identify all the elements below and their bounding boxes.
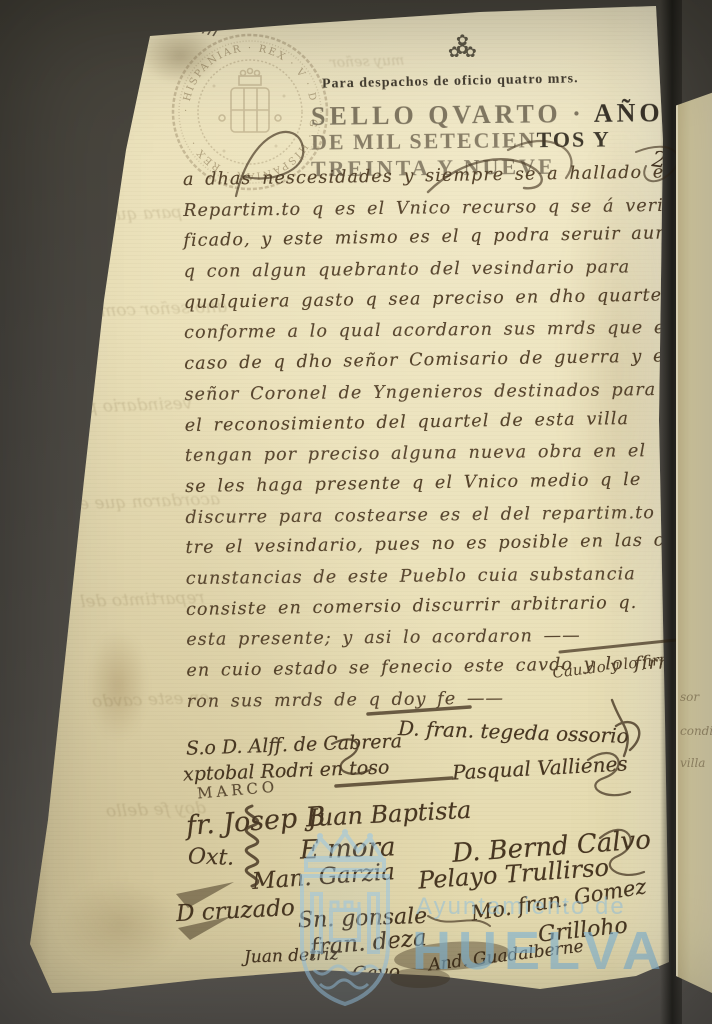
- adjacent-folio-text: villa: [680, 756, 705, 770]
- paper-stain: [60, 880, 180, 970]
- ghost-writing: vesindario para: [58, 394, 193, 419]
- signature: Juan detriz: [244, 944, 339, 967]
- ghost-writing: muy señor: [330, 53, 405, 72]
- adjacent-folio-text: condi: [680, 724, 712, 738]
- adjacent-folio-edge: sor condi villa: [676, 92, 712, 994]
- sello-line-1-dark: AÑO: [594, 98, 664, 128]
- signature: Pasqual Vallienes: [451, 751, 628, 784]
- manuscript-body: a dhas nescesidades y siempre se a halla…: [183, 166, 698, 722]
- signature: D. fran. tegeda ossorio: [398, 716, 629, 748]
- paper-stain: [88, 630, 148, 740]
- svg-text:· HISPANIAR · REX · V · D · G: · HISPANIAR · REX · V · D · G · HISPANIA…: [181, 43, 319, 181]
- tax-rate-line: Para despachos de oficio quatro mrs.: [322, 71, 579, 92]
- sello-line-2-light: DE MIL SETECIEN: [311, 127, 537, 154]
- signature: Cavo: [351, 961, 400, 985]
- paper-sheet: para que su mrd dho señor comisario vesi…: [0, 0, 712, 1024]
- sello-line-2: DE MIL SETECIENTOS Y: [311, 126, 611, 155]
- manuscript-photo: para que su mrd dho señor comisario vesi…: [0, 0, 712, 1024]
- signature: S.o D. Alff. de Cabrera: [186, 730, 403, 760]
- signature: xptobal Rodri en toso: [183, 756, 390, 785]
- seal-legend: · HISPANIAR · REX · V · D · G · HISPANIA…: [181, 43, 319, 181]
- printer-ornament-icon: ✿: [456, 40, 469, 58]
- signature: And. Guadalberne: [427, 937, 584, 976]
- sello-line-2-dark: TOS Y: [536, 126, 610, 152]
- signature: Oxt.: [188, 844, 235, 871]
- manuscript-line: caso de q dho señor Comisario de guerra …: [184, 346, 696, 385]
- adjacent-folio-text: sor: [680, 690, 699, 704]
- signature: D cruzado: [175, 895, 295, 927]
- ghost-writing: para que su mrd: [40, 203, 183, 228]
- signature: Man. Garzia: [251, 859, 395, 895]
- manuscript-line: tre el vesindario, pues no es posible en…: [185, 530, 697, 569]
- signature: Juan Baptista: [307, 796, 472, 833]
- manuscript-line: ficado, y este mismo es el q podra serui…: [183, 223, 695, 262]
